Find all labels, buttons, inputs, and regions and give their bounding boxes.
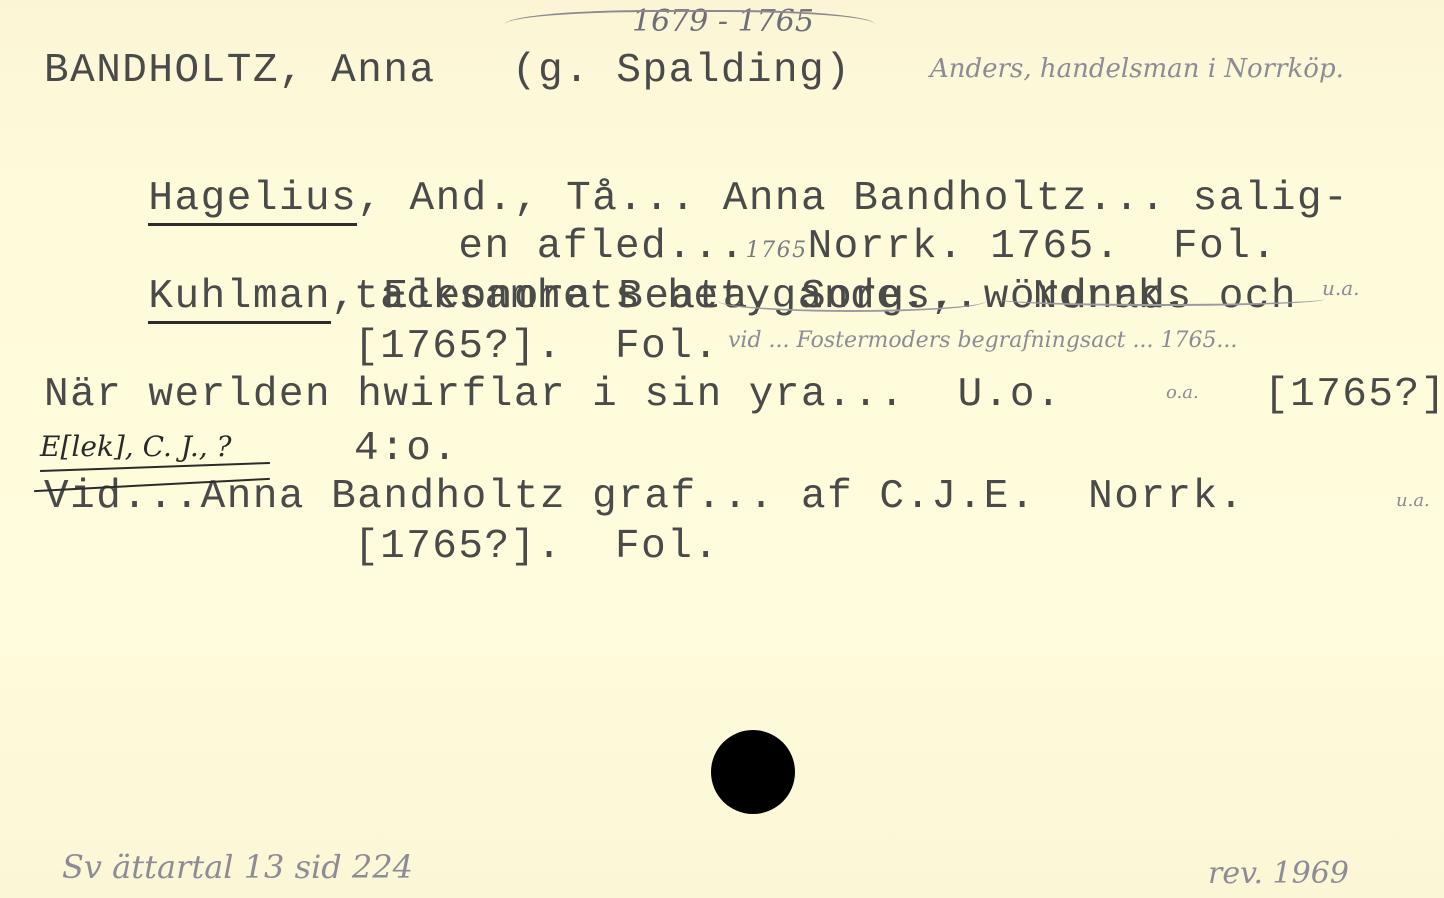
entry-nar-werlden-date: [1765?] <box>1264 370 1444 420</box>
footer-revision: rev. 1969 <box>1208 856 1349 891</box>
entry-kuhlman-line3: [1765?]. Fol. <box>354 322 719 372</box>
entry-vid-graf-handwritten-ua: u.a. <box>1396 490 1430 511</box>
entry-nar-werlden-handwritten-oa: o.a. <box>1166 382 1199 403</box>
attribution-underline <box>40 462 270 472</box>
footer-reference: Sv ättartal 13 sid 224 <box>62 848 413 886</box>
entry-vid-graf-line2: [1765?]. Fol. <box>354 522 719 572</box>
author-kuhlman: Kuhlman <box>148 274 331 324</box>
entry-nar-werlden-format: 4:o. <box>354 424 458 474</box>
entry-nar-werlden-attribution: E[lek], C. J., ? <box>40 430 232 463</box>
kuhlman-pencil-bracket-2 <box>995 292 1325 306</box>
heading-name: BANDHOLTZ, Anna <box>44 46 436 96</box>
heading-annotation: Anders, handelsman i Norrköp. <box>930 54 1344 84</box>
kuhlman-pencil-bracket <box>718 290 986 312</box>
entry-kuhlman-handwritten-note: vid ... Fostermoders begrafningsact ... … <box>728 328 1237 353</box>
entry-kuhlman-handwritten-ua: u.a. <box>1322 276 1360 300</box>
punch-hole <box>711 730 795 814</box>
heading-married-name: (g. Spalding) <box>512 46 851 96</box>
author-hagelius: Hagelius <box>148 176 357 226</box>
entry-nar-werlden-title: När werlden hwirflar i sin yra... U.o. <box>44 370 1062 420</box>
catalog-card: 1679 - 1765 BANDHOLTZ, Anna (g. Spalding… <box>0 0 1444 898</box>
dates-bracket-line <box>505 10 875 46</box>
